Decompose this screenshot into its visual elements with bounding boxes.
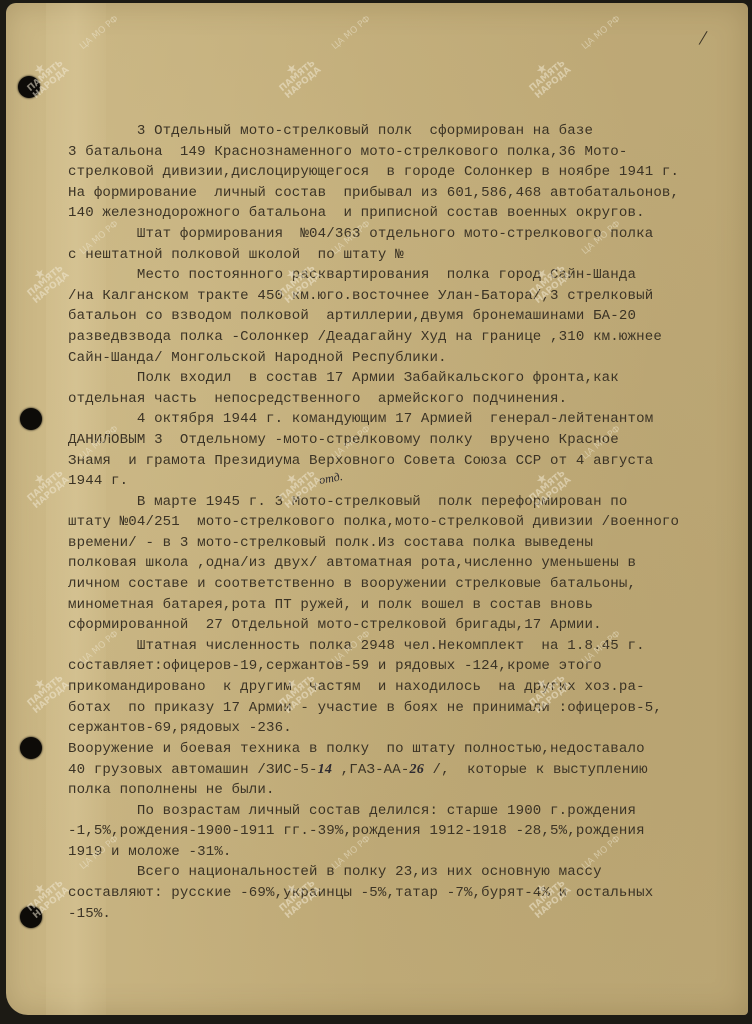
- document-line: ДАНИЛОВЫМ 3 Отдельному -мото-стрелковому…: [68, 430, 748, 451]
- punch-hole: [20, 737, 42, 759]
- document-line: -15%.: [68, 904, 748, 925]
- document-line: Всего национальностей в полку 23,из них …: [68, 862, 748, 883]
- archival-document-page: / отд. 3 Отдельный мото-стрелковый полк …: [6, 3, 748, 1015]
- document-line: полковая школа ,одна/из двух/ автоматная…: [68, 553, 748, 574]
- document-line: ботах по приказу 17 Армии - участие в бо…: [68, 698, 748, 719]
- document-line: с нештатной полковой школой по штату №: [68, 245, 748, 266]
- document-line: По возрастам личный состав делился: стар…: [68, 801, 748, 822]
- handwritten-number: 26: [410, 761, 424, 777]
- document-line: полка пополнены не были.: [68, 780, 748, 801]
- document-line: Штат формирования №04/363 отдельного мот…: [68, 224, 748, 245]
- document-line: составляют: русские -69%,украинцы -5%,та…: [68, 883, 748, 904]
- handwritten-number: 14: [318, 761, 332, 777]
- typewritten-body: 3 Отдельный мото-стрелковый полк сформир…: [68, 121, 748, 924]
- star-icon: ★: [272, 52, 311, 87]
- document-line: 40 грузовых автомашин /ЗИС-5-14 ,ГАЗ-АА-…: [68, 759, 748, 780]
- punch-hole: [20, 906, 42, 928]
- document-line: отдельная часть непосредственного армейс…: [68, 389, 748, 410]
- document-line: минометная батарея,рота ПТ ружей, и полк…: [68, 595, 748, 616]
- document-line: 140 железнодорожного батальона и приписн…: [68, 203, 748, 224]
- document-line: 4 октября 1944 г. командующим 17 Армией …: [68, 409, 748, 430]
- document-line: 1944 г.: [68, 471, 748, 492]
- star-icon: ★: [522, 52, 561, 87]
- document-line: 3 батальона 149 Краснознаменного мото-ст…: [68, 142, 748, 163]
- document-line: личном составе и соответственно в вооруж…: [68, 574, 748, 595]
- document-line: батальон со взводом полковой артиллерии,…: [68, 306, 748, 327]
- document-line: -1,5%,рождения-1900-1911 гг.-39%,рождени…: [68, 821, 748, 842]
- document-line: разведвзвода полка -Солонкер /Деадагайну…: [68, 327, 748, 348]
- project-watermark: ★ПАМЯТЬНАРОДА: [522, 52, 573, 101]
- document-line: Вооружение и боевая техника в полку по ш…: [68, 739, 748, 760]
- document-line: составляет:офицеров-19,сержантов-59 и ря…: [68, 656, 748, 677]
- project-watermark: ★ПАМЯТЬНАРОДА: [272, 52, 323, 101]
- document-line: Знамя и грамота Президиума Верховного Со…: [68, 451, 748, 472]
- document-line: сформированной 27 Отдельной мото-стрелко…: [68, 615, 748, 636]
- document-line: времени/ - в 3 мото-стрелковый полк.Из с…: [68, 533, 748, 554]
- document-line: /на Калганском тракте 450 км.юго.восточн…: [68, 286, 748, 307]
- document-line: В марте 1945 г. 3 Мото-стрелковый полк п…: [68, 492, 748, 513]
- document-line: На формирование личный состав прибывал и…: [68, 183, 748, 204]
- document-line: Сайн-Шанда/ Монгольской Народной Республ…: [68, 348, 748, 369]
- document-line: Штатная численность полка 2948 чел.Неком…: [68, 636, 748, 657]
- archive-watermark: ЦА МО РФ: [330, 14, 372, 52]
- archive-watermark: ЦА МО РФ: [580, 14, 622, 52]
- document-line: сержантов-69,рядовых -236.: [68, 718, 748, 739]
- punch-hole: [20, 408, 42, 430]
- document-line: прикомандировано к другим частям и наход…: [68, 677, 748, 698]
- document-line: стрелковой дивизии,дислоцирующегося в го…: [68, 162, 748, 183]
- document-line: 3 Отдельный мото-стрелковый полк сформир…: [68, 121, 748, 142]
- punch-hole: [18, 76, 40, 98]
- page-number-mark: /: [697, 25, 708, 52]
- document-line: 1919 и моложе -31%.: [68, 842, 748, 863]
- document-line: штату №04/251 мото-стрелкового полка,мот…: [68, 512, 748, 533]
- document-line: Полк входил в состав 17 Армии Забайкальс…: [68, 368, 748, 389]
- document-line: Место постоянного расквартирования полка…: [68, 265, 748, 286]
